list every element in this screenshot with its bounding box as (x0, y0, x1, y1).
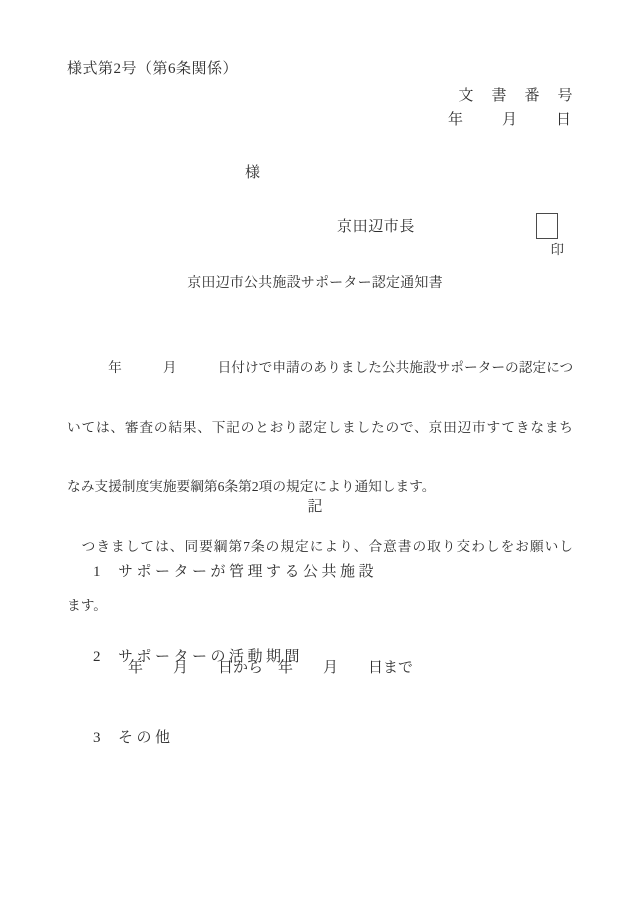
list-item-number: 1 (93, 564, 118, 581)
list-item-number: 3 (93, 730, 118, 747)
list-item-label: その他 (118, 730, 174, 746)
document-number-blank: 文 書 番 号 (458, 84, 574, 105)
sender-title: 京田辺市長 (337, 215, 415, 236)
list-item-facility: 1サポーターが管理する公共施設 (78, 543, 377, 598)
document-page: 様式第2号（第6条関係） 文 書 番 号 年 月 日 様 京田辺市長 印 京田辺… (0, 0, 630, 915)
body-line: 年 月 日付けで申請のありました公共施設サポーターの認定につ (67, 354, 573, 382)
seal-mark-label: 印 (551, 242, 565, 257)
form-number-line: 様式第2号（第6条関係） (67, 57, 238, 78)
activity-period-blank: 年 月 日から 年 月 日まで (128, 656, 413, 677)
document-title: 京田辺市公共施設サポーター認定通知書 (0, 272, 630, 292)
body-line: いては、審査の結果、下記のとおり認定しましたので、京田辺市すてきなまち (67, 414, 573, 442)
record-heading: 記 (0, 495, 630, 516)
list-item-number: 2 (93, 649, 118, 666)
body-paragraphs: 年 月 日付けで申請のありました公共施設サポーターの認定につ いては、審査の結果… (67, 322, 573, 652)
issue-date-blank: 年 月 日 (448, 108, 574, 129)
addressee-honorific: 様 (245, 161, 260, 182)
list-item-label: サポーターが管理する公共施設 (118, 564, 377, 580)
seal-placeholder-icon: 印 (536, 213, 558, 239)
list-item-other: 3その他 (78, 709, 174, 764)
